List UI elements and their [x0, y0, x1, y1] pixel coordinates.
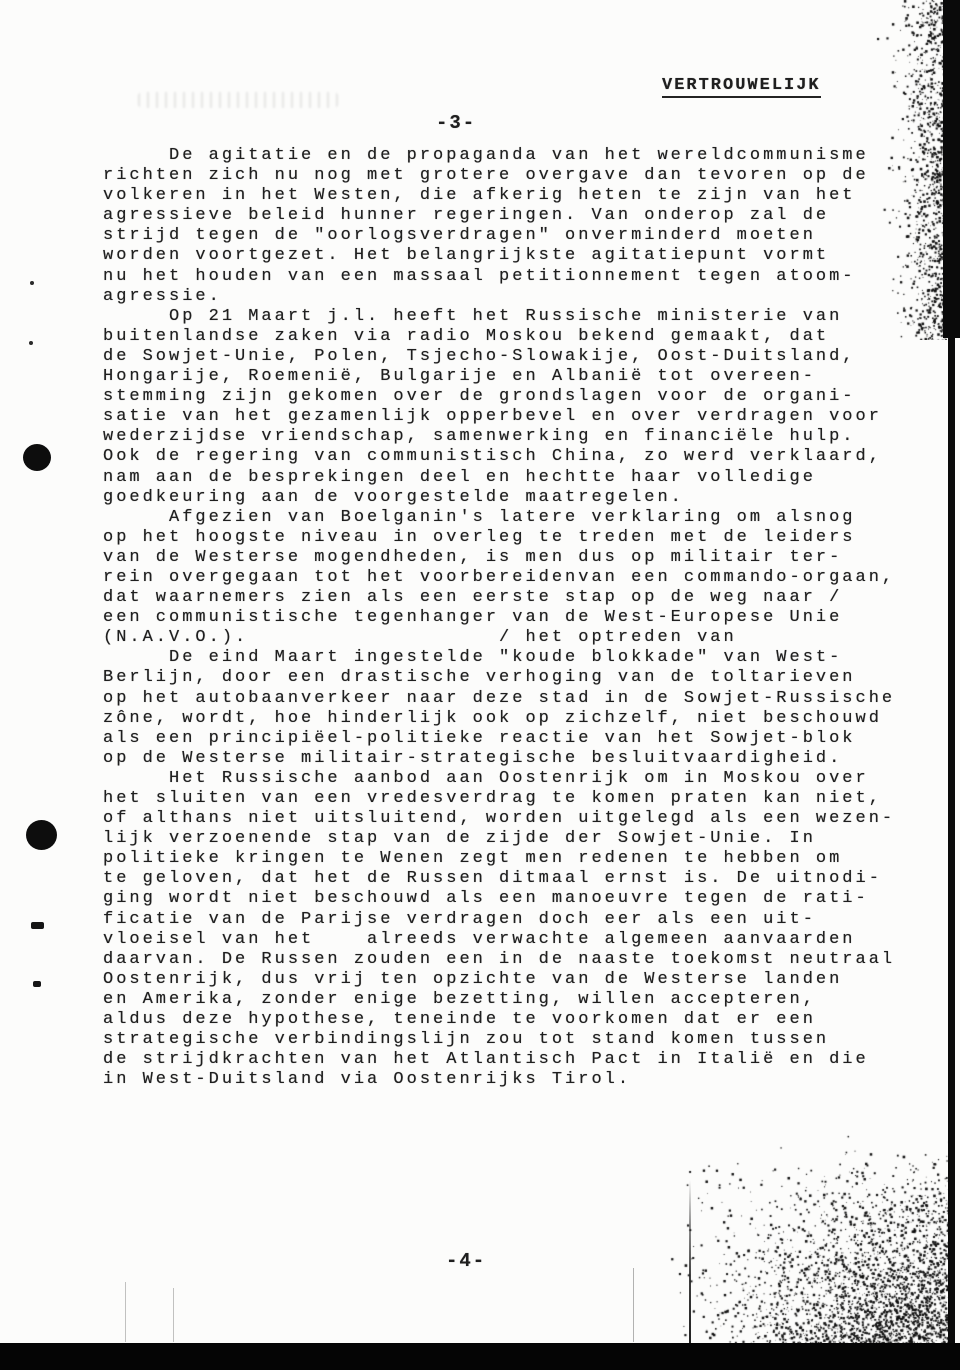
scan-edge-strip: [943, 0, 960, 338]
paragraph-moscow-announcement: Op 21 Maart j.l. heeft het Russische min…: [103, 307, 863, 508]
hole-punch-mark: [26, 820, 57, 850]
scan-noise-bottom-right: [658, 1128, 948, 1343]
ink-speck: [29, 341, 33, 345]
paragraph-bulganin-command-organ: Afgezien van Boelganin's latere verklari…: [103, 508, 863, 649]
hole-punch-mark: [23, 444, 51, 471]
pencil-smudge-mark: [138, 92, 338, 108]
scan-bottom-band: [0, 1343, 960, 1370]
paragraph-agitation-propaganda: De agitatie en de propaganda van het wer…: [103, 146, 863, 307]
classification-stamp: VERTROUWELIJK: [662, 76, 821, 98]
fold-crease-line: [173, 1288, 174, 1342]
fold-crease-line: [633, 1268, 634, 1342]
paragraph-austria-treaty: Het Russische aanbod aan Oostenrijk om i…: [103, 769, 863, 1091]
scanned-document-page: VERTROUWELIJK -3- De agitatie en de prop…: [0, 0, 960, 1370]
paragraph-berlin-blockade: De eind Maart ingestelde "koude blokkade…: [103, 648, 863, 769]
next-page-number: -4-: [446, 1250, 486, 1272]
margin-dash-mark: [33, 981, 41, 987]
page-number: -3-: [436, 112, 476, 134]
ink-speck: [30, 281, 34, 285]
margin-dash-mark: [31, 922, 44, 929]
scan-edge-strip: [948, 300, 955, 1345]
document-body: De agitatie en de propaganda van het wer…: [103, 146, 863, 1090]
fold-crease-line: [125, 1282, 126, 1342]
scan-noise-top-right: [873, 0, 947, 340]
